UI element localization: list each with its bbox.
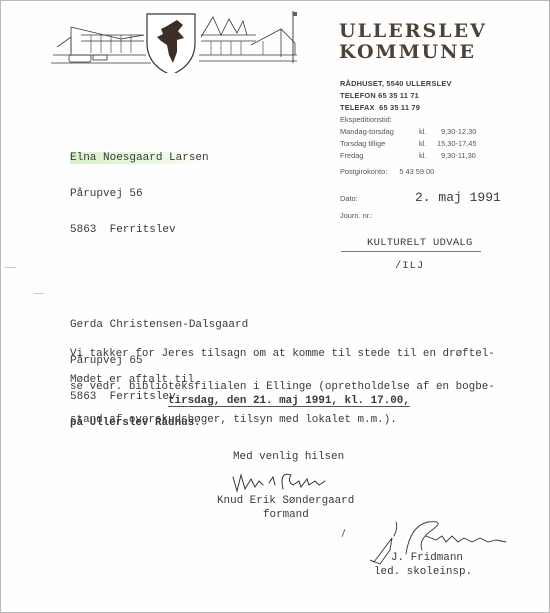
meeting-intro: Mødet er aftalt til — [70, 374, 194, 386]
address: RÅDHUSET, 5540 ULLERSLEV — [340, 78, 452, 90]
recipient-street: Pårupvej 56 — [70, 188, 248, 200]
hours-kl: kl. — [419, 138, 437, 150]
signature-1 — [229, 469, 329, 495]
meeting-time: tirsdag, den 21. maj 1991, kl. 17.00, — [168, 395, 410, 407]
office-hours-title: Ekspeditionstid: — [340, 114, 476, 126]
hours-day: Torsdag tillige — [340, 138, 419, 150]
reference-initials: /ILJ — [395, 260, 424, 272]
date-value: 2. maj 1991 — [415, 190, 501, 205]
hours-kl: kl. — [419, 150, 437, 162]
closing-greeting: Med venlig hilsen — [233, 451, 344, 463]
office-hours-row: Fredag kl. 9,30-11,30 — [340, 150, 476, 162]
office-hours: Ekspeditionstid: Mandag-torsdag kl. 9,30… — [340, 114, 476, 162]
stray-mark — [342, 529, 346, 537]
hours-time: 9,30-12,30 — [441, 126, 476, 138]
recipient-city: 5863 Ferritslev — [70, 224, 248, 236]
stray-mark — [34, 293, 44, 294]
department-name: KULTURELT UDVALG — [367, 237, 473, 249]
town-hall-illustration — [51, 5, 297, 73]
meeting-place: på Ullerslev Rådhus. — [70, 417, 201, 429]
contact-info: RÅDHUSET, 5540 ULLERSLEV TELEFON 65 35 1… — [340, 78, 452, 114]
fax-number: TELEFAX 65 35 11 79 — [340, 102, 452, 114]
body-paragraph: Vi takker for Jeres tilsagn om at komme … — [70, 327, 495, 448]
hours-day: Mandag-torsdag — [340, 126, 419, 138]
signatory-2-title: led. skoleinsp. — [374, 566, 472, 578]
municipality-name-line1: ULLERSLEV — [339, 21, 487, 42]
signatory-2-name: J. Fridmann — [391, 552, 463, 564]
postgiro-label: Postgirokonto: — [340, 167, 387, 176]
postgiro-value: 5 43 59 00 — [399, 167, 434, 176]
letter-page: ULLERSLEV KOMMUNE RÅDHUSET, 5540 ULLERSL… — [0, 0, 550, 613]
hours-time: 9,30-11,30 — [441, 150, 476, 162]
hours-time: 15,30-17,45 — [437, 138, 476, 150]
date-label: Dato: — [340, 194, 358, 203]
hours-day: Fredag — [340, 150, 419, 162]
recipient-address: Elna Noesgaard Larsen Pårupvej 56 5863 F… — [70, 128, 248, 260]
signatory-1-name: Knud Erik Søndergaard — [217, 495, 354, 507]
municipality-name: ULLERSLEV KOMMUNE — [339, 21, 487, 63]
journal-number-label: Journ. nr.: — [340, 211, 373, 220]
signatory-1-title: formand — [263, 509, 309, 521]
phone-number: TELEFON 65 35 11 71 — [340, 90, 452, 102]
recipient-name: Elna Noesgaard Larsen — [70, 152, 209, 164]
office-hours-row: Torsdag tillige kl. 15,30-17,45 — [340, 138, 476, 150]
department-divider — [341, 251, 481, 252]
hours-kl: kl. — [419, 126, 437, 138]
postgiro: Postgirokonto: 5 43 59 00 — [340, 167, 434, 176]
stray-mark — [4, 267, 16, 268]
office-hours-row: Mandag-torsdag kl. 9,30-12,30 — [340, 126, 476, 138]
municipality-name-line2: KOMMUNE — [339, 42, 487, 63]
body-line: Vi takker for Jeres tilsagn om at komme … — [70, 349, 495, 360]
